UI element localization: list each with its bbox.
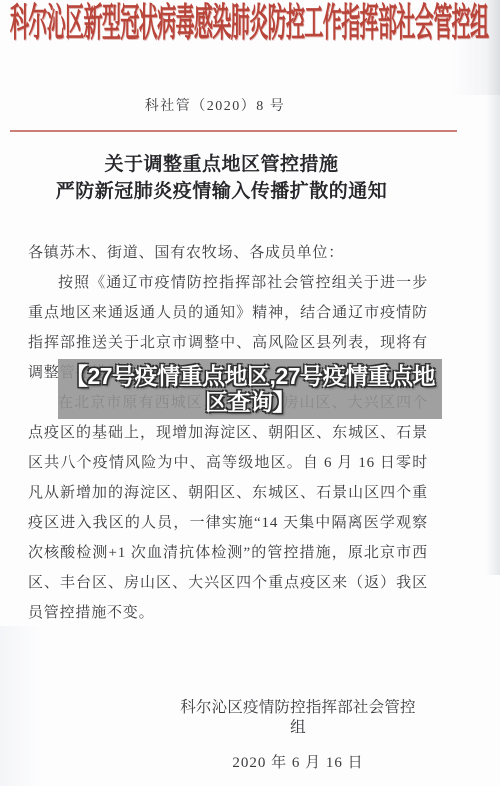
body-line: 区共八个疫情风险为中、高等级地区。自 6 月 16 日零时起， <box>28 448 428 478</box>
signature-date: 2020 年 6 月 16 日 <box>173 753 423 773</box>
doc-number: 科社管（2020）8 号 <box>0 95 430 115</box>
body-line: 次核酸检测+1 次血清抗体检测”的管控措施，原北京市西城 <box>28 538 428 568</box>
body-line: 按照《通辽市疫情防控指挥部社会管控组关于进一步做好 <box>28 268 428 298</box>
caption-overlay: 【27号疫情重点地区,27号疫情重点地 区查询】 <box>58 359 442 419</box>
doc-body: 各镇苏木、街道、国有农牧场、各成员单位： 按照《通辽市疫情防控指挥部社会管控组关… <box>28 238 428 628</box>
scan-shading-right <box>486 0 500 575</box>
signature-org: 科尔沁区疫情防控指挥部社会管控组 <box>173 698 423 738</box>
doc-title-line2: 严防新冠肺炎疫情输入传播扩散的通知 <box>0 178 443 205</box>
body-line-salutation: 各镇苏木、街道、国有农牧场、各成员单位： <box>28 238 428 268</box>
signature-block: 科尔沁区疫情防控指挥部社会管控组 2020 年 6 月 16 日 <box>173 698 423 773</box>
caption-line2: 区查询】 <box>205 389 295 416</box>
issuing-org-header-text: 科尔沁区新型冠状病毒感染肺炎防控工作指挥部社会管控组 <box>10 3 488 46</box>
body-line: 员管控措施不变。 <box>28 598 428 628</box>
scanned-notice-page: 科尔沁区新型冠状病毒感染肺炎防控工作指挥部社会管控组 科社管（2020）8 号 … <box>0 0 500 786</box>
body-line: 指挥部推送关于北京市调整中、高风险区县列表，现将有关 <box>28 328 428 358</box>
body-line: 疫区进入我区的人员，一律实施“14 天集中隔离医学观察+2 <box>28 508 428 538</box>
red-divider-line <box>10 130 457 132</box>
body-line: 区、丰台区、房山区、大兴区四个重点疫区来（返）我区人 <box>28 568 428 598</box>
caption-line1: 【27号疫情重点地区,27号疫情重点地 <box>65 363 435 390</box>
body-line: 凡从新增加的海淀区、朝阳区、东城区、石景山区四个重点 <box>28 478 428 508</box>
body-line: 重点地区来通返通人员的通知》精神，结合通辽市疫情防控 <box>28 298 428 328</box>
scan-shading-bottom-left <box>0 626 42 786</box>
body-line: 点疫区的基础上，现增加海淀区、朝阳区、东城区、石景山 <box>28 418 428 448</box>
doc-title: 关于调整重点地区管控措施 严防新冠肺炎疫情输入传播扩散的通知 <box>0 151 443 205</box>
doc-title-line1: 关于调整重点地区管控措施 <box>0 151 443 178</box>
issuing-org-header: 科尔沁区新型冠状病毒感染肺炎防控工作指挥部社会管控组 <box>10 3 500 49</box>
